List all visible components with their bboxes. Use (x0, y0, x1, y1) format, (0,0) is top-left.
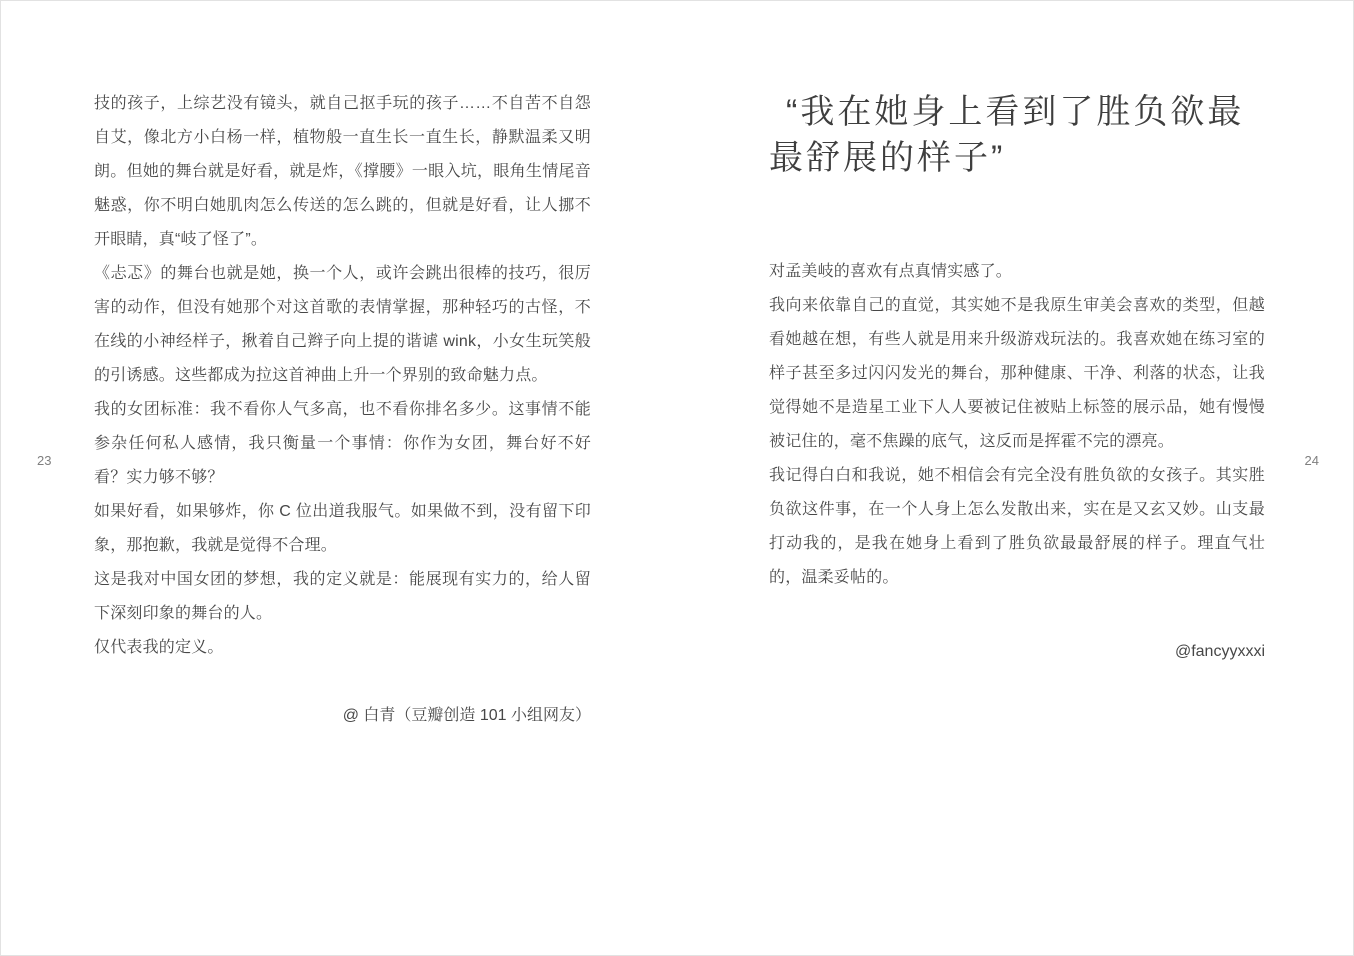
paragraph: 技的孩子，上综艺没有镜头，就自己抠手玩的孩子……不自苦不自怨自艾，像北方小白杨一… (94, 87, 591, 257)
paragraph: 仅代表我的定义。 (94, 631, 591, 665)
attribution-left: @ 白青（豆瓣创造 101 小组网友） (94, 699, 591, 733)
paragraph: 我的女团标准：我不看你人气多高，也不看你排名多少。这事情不能参杂任何私人感情，我… (94, 393, 591, 495)
page-title: “我在她身上看到了胜负欲最 最舒展的样子” (769, 89, 1265, 181)
page-title-line: 最舒展的样子” (769, 135, 1265, 181)
paragraph: 《忐忑》的舞台也就是她，换一个人，或许会跳出很棒的技巧，很厉害的动作，但没有她那… (94, 257, 591, 393)
page-right-body: 对孟美岐的喜欢有点真情实感了。 我向来依靠自己的直觉，其实她不是我原生审美会喜欢… (769, 255, 1265, 669)
paragraph: 对孟美岐的喜欢有点真情实感了。 (769, 255, 1265, 289)
page-left-text-column: 技的孩子，上综艺没有镜头，就自己抠手玩的孩子……不自苦不自怨自艾，像北方小白杨一… (94, 87, 591, 733)
page-number-right: 24 (1305, 453, 1319, 469)
page-right-text-column: “我在她身上看到了胜负欲最 最舒展的样子” 对孟美岐的喜欢有点真情实感了。 我向… (769, 89, 1265, 669)
page-number-left: 23 (37, 453, 51, 469)
paragraph: 这是我对中国女团的梦想，我的定义就是：能展现有实力的，给人留下深刻印象的舞台的人… (94, 563, 591, 631)
paragraph: 我记得白白和我说，她不相信会有完全没有胜负欲的女孩子。其实胜负欲这件事，在一个人… (769, 459, 1265, 595)
paragraph: 如果好看，如果够炸，你 C 位出道我服气。如果做不到，没有留下印象，那抱歉，我就… (94, 495, 591, 563)
attribution-right: @fancyyxxxi (769, 635, 1265, 669)
book-spread: 23 技的孩子，上综艺没有镜头，就自己抠手玩的孩子……不自苦不自怨自艾，像北方小… (0, 0, 1354, 956)
page-title-line: “我在她身上看到了胜负欲最 (769, 89, 1265, 135)
paragraph: 我向来依靠自己的直觉，其实她不是我原生审美会喜欢的类型，但越看她越在想，有些人就… (769, 289, 1265, 459)
